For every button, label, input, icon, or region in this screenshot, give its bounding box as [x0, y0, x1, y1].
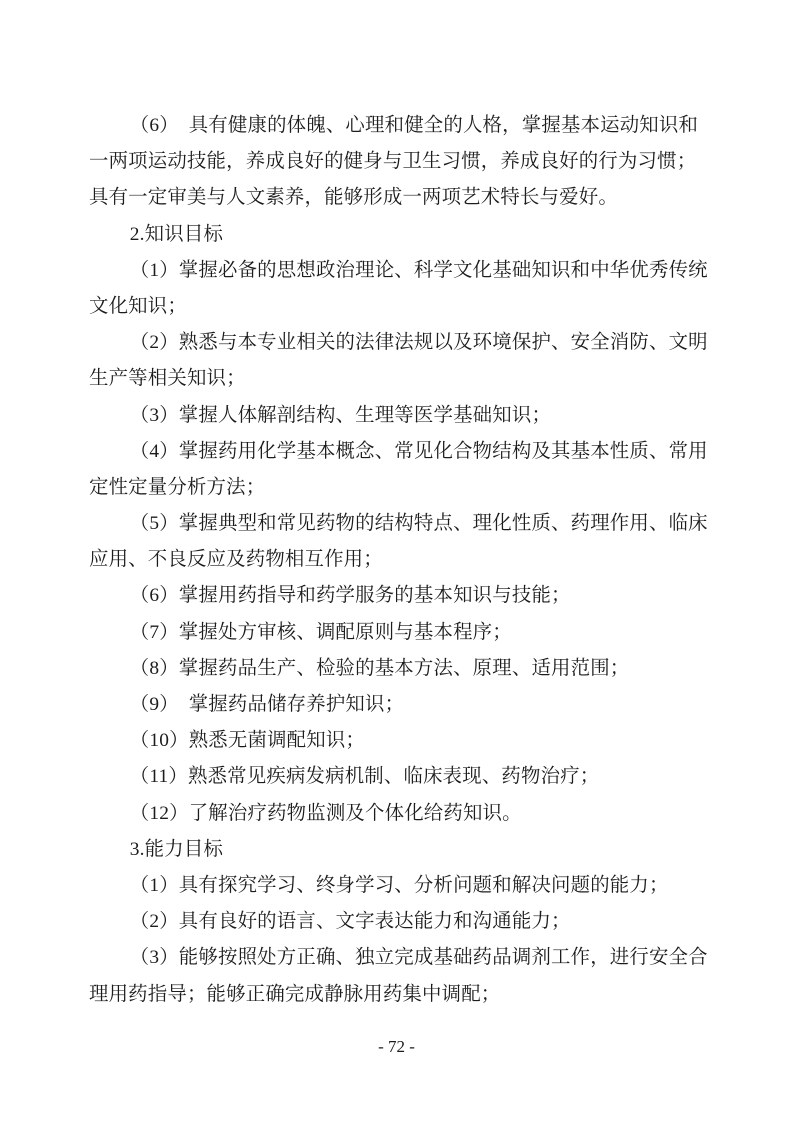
text-line: （6） 具有健康的体魄、心理和健全的人格，掌握基本运动知识和 — [89, 108, 769, 144]
text-line: 3.能力目标 — [89, 832, 769, 868]
text-line: （1）具有探究学习、终身学习、分析问题和解决问题的能力； — [89, 868, 769, 904]
text-line: 一两项运动技能，养成良好的健身与卫生习惯，养成良好的行为习惯； — [89, 144, 769, 180]
text-line: 文化知识； — [89, 289, 769, 325]
text-line: 应用、不良反应及药物相互作用； — [89, 542, 769, 578]
text-body: （6） 具有健康的体魄、心理和健全的人格，掌握基本运动知识和一两项运动技能，养成… — [89, 108, 769, 1013]
text-line: 理用药指导；能够正确完成静脉用药集中调配； — [89, 977, 769, 1013]
text-line: （3）掌握人体解剖结构、生理等医学基础知识； — [89, 398, 769, 434]
document-page: （6） 具有健康的体魄、心理和健全的人格，掌握基本运动知识和一两项运动技能，养成… — [0, 0, 793, 1122]
text-line: （1）掌握必备的思想政治理论、科学文化基础知识和中华优秀传统 — [89, 253, 769, 289]
text-line: （10）熟悉无菌调配知识； — [89, 723, 769, 759]
text-line: 定性定量分析方法； — [89, 470, 769, 506]
text-line: （2）具有良好的语言、文字表达能力和沟通能力； — [89, 904, 769, 940]
text-line: （4）掌握药用化学基本概念、常见化合物结构及其基本性质、常用 — [89, 434, 769, 470]
text-line: 生产等相关知识； — [89, 361, 769, 397]
text-line: （7）掌握处方审核、调配原则与基本程序； — [89, 615, 769, 651]
text-line: （2）熟悉与本专业相关的法律法规以及环境保护、安全消防、文明 — [89, 325, 769, 361]
text-line: 具有一定审美与人文素养，能够形成一两项艺术特长与爱好。 — [89, 180, 769, 216]
text-line: （12）了解治疗药物监测及个体化给药知识。 — [89, 796, 769, 832]
text-line: （8）掌握药品生产、检验的基本方法、原理、适用范围； — [89, 651, 769, 687]
text-line: （6）掌握用药指导和药学服务的基本知识与技能； — [89, 578, 769, 614]
text-line: （5）掌握典型和常见药物的结构特点、理化性质、药理作用、临床 — [89, 506, 769, 542]
page-number: - 72 - — [0, 1036, 793, 1058]
text-line: （3）能够按照处方正确、独立完成基础药品调剂工作，进行安全合 — [89, 940, 769, 976]
text-line: （9） 掌握药品储存养护知识； — [89, 687, 769, 723]
text-line: （11）熟悉常见疾病发病机制、临床表现、药物治疗； — [89, 759, 769, 795]
text-line: 2.知识目标 — [89, 217, 769, 253]
